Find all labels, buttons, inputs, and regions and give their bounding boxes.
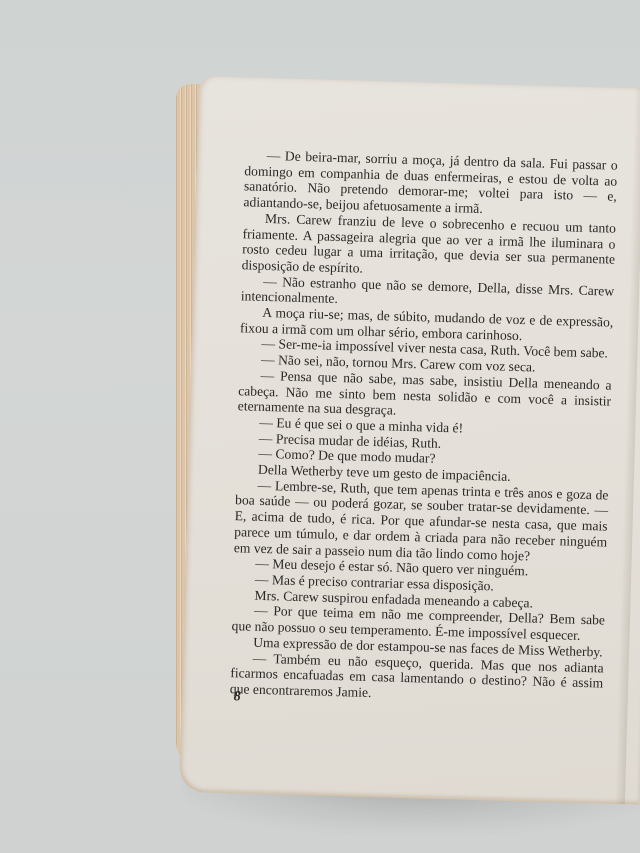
paragraph: — Lembre-se, Ruth, que tem apenas trinta… [234, 477, 609, 566]
paragraph: Mrs. Carew franziu de leve o sobrecenho … [242, 210, 617, 283]
paragraph: — De beira-mar, sorriu a moça, já dentro… [243, 147, 618, 220]
paragraph: — Também eu não esqueço, querida. Mas qu… [230, 650, 604, 708]
book-page: — De beira-mar, sorriu a moça, já dentro… [179, 76, 640, 805]
page-number: 8 [233, 689, 240, 705]
body-text: — De beira-mar, sorriu a moça, já dentro… [230, 147, 618, 707]
